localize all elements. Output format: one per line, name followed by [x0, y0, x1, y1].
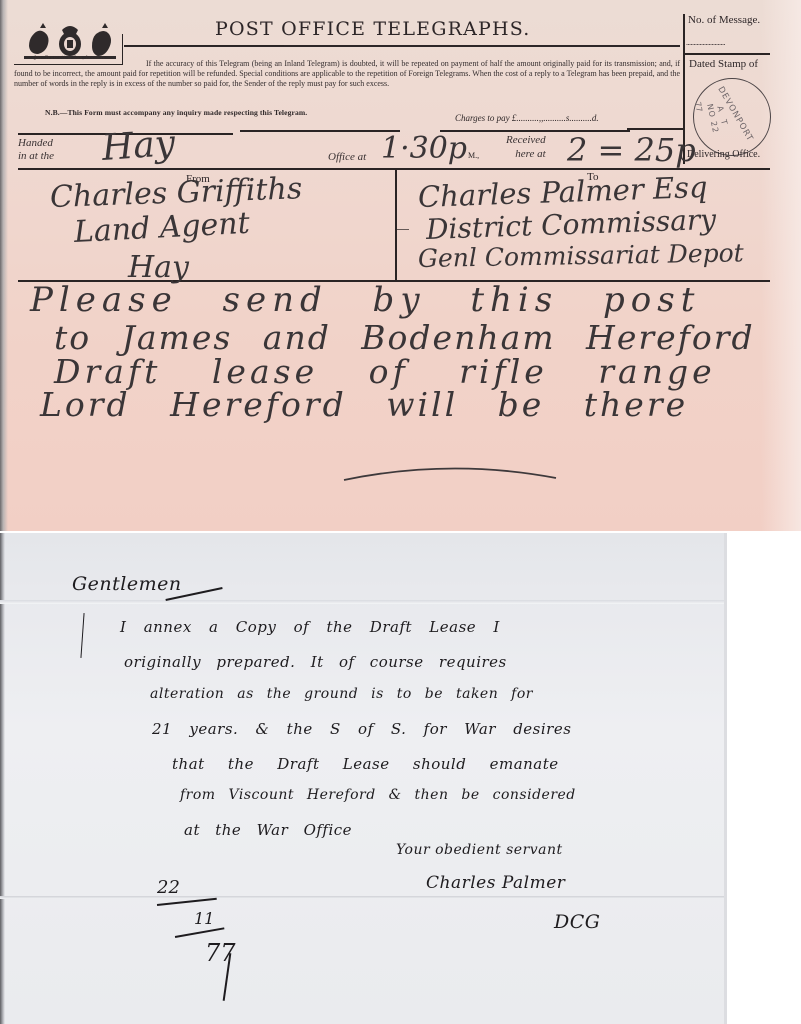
- message-line: Lord Hereford will be there: [40, 385, 688, 424]
- letter-body-line: at the War Office: [184, 821, 352, 839]
- handwritten-letter: Gentlemen I annex a Copy of the Draft Le…: [0, 533, 727, 1024]
- paper-fold: [0, 896, 727, 899]
- postmark-stamp: DEVONPORT A T NO 22 77: [693, 78, 771, 156]
- delivering-office-label: Delivering Office.: [687, 149, 760, 160]
- signature: Charles Palmer: [426, 873, 565, 893]
- handed-in-office-value: Hay: [101, 123, 177, 169]
- no-of-message-label: No. of Message.: [688, 14, 760, 26]
- letter-body-line: that the Draft Lease should emanate: [172, 755, 559, 773]
- date-month: 11: [194, 909, 214, 928]
- from-to-divider: [395, 169, 397, 281]
- margin-stroke: [80, 613, 85, 658]
- charges-to-pay: Charges to pay £..........,,..........s.…: [455, 113, 599, 123]
- letter-body-line: originally prepared. It of course requir…: [124, 653, 507, 671]
- received-label: Received here at: [506, 133, 546, 161]
- letter-body-line: I annex a Copy of the Draft Lease I: [120, 618, 500, 636]
- conditions-notice: If the accuracy of this Telegram (being …: [14, 59, 680, 90]
- postmark-year: 77: [693, 101, 704, 113]
- divider: [627, 128, 683, 130]
- date-day: 22: [157, 877, 180, 898]
- charges-label: Charges to pay £..........,,..........s.…: [455, 113, 599, 123]
- sender-name: Charles Griffiths: [49, 171, 302, 215]
- scan-edge-shadow: [0, 533, 5, 1024]
- closing-salutation: Your obedient servant: [396, 842, 563, 858]
- date-divider: [175, 927, 225, 937]
- telegram-form: Jas. Truscott & Son, London. POST OFFICE…: [0, 0, 801, 531]
- paper-fold: [0, 600, 727, 604]
- salutation: Gentlemen: [72, 573, 182, 595]
- form-title: POST OFFICE TELEGRAPHS.: [215, 18, 531, 40]
- handed-in-label: Handed in at the: [18, 137, 54, 163]
- office-at-label: Office at: [328, 151, 366, 163]
- nb-notice: N.B.—This Form must accompany any inquir…: [45, 108, 307, 117]
- letter-body-line: alteration as the ground is to be taken …: [150, 686, 533, 702]
- office-at-suffix: M.,: [468, 151, 479, 160]
- handed-in-label-line2: in at the: [18, 150, 54, 163]
- divider: [684, 53, 770, 55]
- received-time: 2 = 25p: [567, 131, 696, 169]
- message-line: Please send by this post: [30, 280, 700, 320]
- conditions-text: If the accuracy of this Telegram (being …: [14, 59, 680, 88]
- scan-edge-shadow: [0, 0, 8, 531]
- received-label-line2: here at: [506, 147, 546, 161]
- no-of-message-field: ..........................: [686, 38, 725, 47]
- closing-flourish: [340, 462, 560, 484]
- dated-stamp-label: Dated Stamp of: [689, 58, 758, 70]
- scan-edge-fade: [761, 0, 801, 531]
- letter-body-line: from Viscount Hereford & then be conside…: [180, 787, 576, 803]
- handed-in-label-line1: Handed: [18, 137, 54, 150]
- letter-body-line: 21 years. & the S of S. for War desires: [152, 720, 571, 738]
- signature-title: DCG: [554, 911, 600, 933]
- divider: [395, 229, 409, 230]
- divider: [124, 45, 284, 46]
- recipient-department: Genl Commissariat Depot: [418, 238, 744, 273]
- divider: [240, 130, 400, 132]
- paper-edge: [724, 533, 727, 1024]
- office-at-time: 1·30p: [381, 131, 467, 166]
- received-label-line1: Received: [506, 133, 546, 147]
